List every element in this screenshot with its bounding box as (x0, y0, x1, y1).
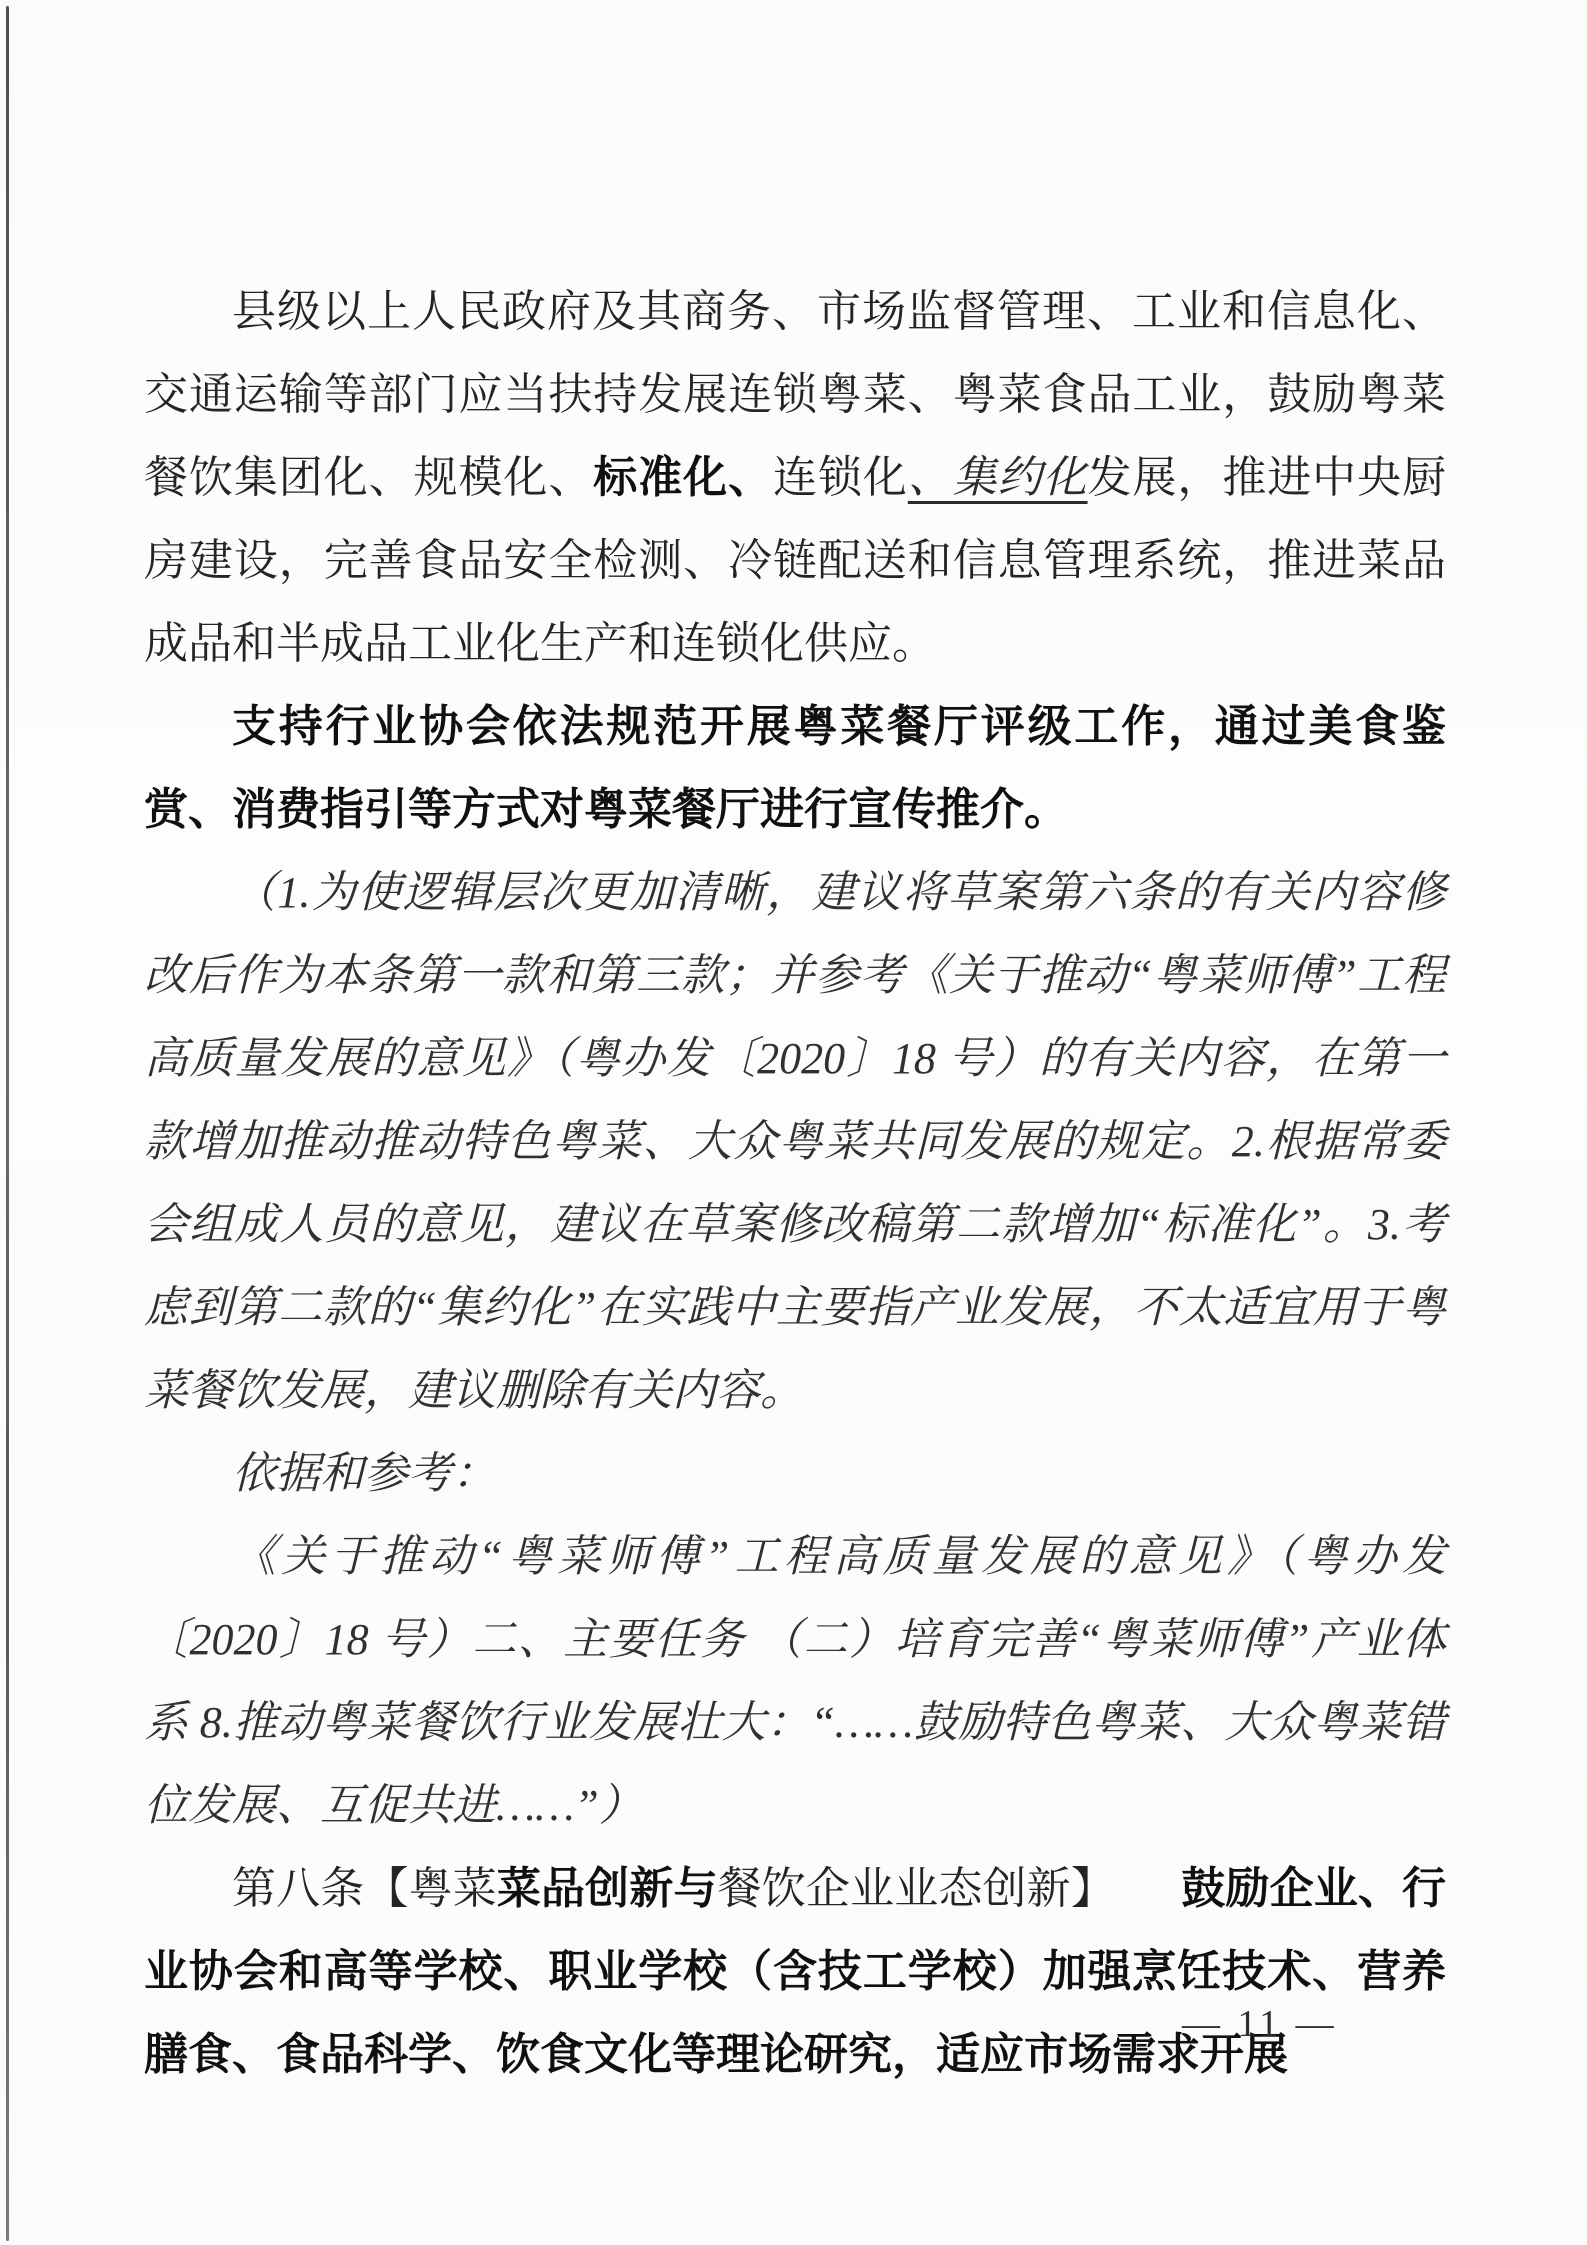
text-run-normal: 连锁化 (773, 453, 908, 502)
heading-gap-space (1093, 1864, 1181, 1913)
paragraph-industry-association-bold: 支持行业协会依法规范开展粤菜餐厅评级工作，通过美食鉴赏、消费指引等方式对粤菜餐厅… (144, 685, 1446, 851)
paragraph-revision-note: （1.为使逻辑层次更加清晰，建议将草案第六条的有关内容修改后作为本条第一款和第三… (144, 851, 1446, 1432)
text-run-underlined-deletion: 、集约化 (908, 453, 1088, 502)
document-body: 县级以上人民政府及其商务、市场监督管理、工业和信息化、交通运输等部门应当扶持发展… (144, 270, 1446, 2096)
text-run-bold-added: 标准化、 (593, 453, 773, 502)
article-heading-normal: 第八条【粤菜 (232, 1864, 497, 1913)
paragraph-cited-opinion: 《关于推动“粤菜师傅”工程高质量发展的意见》（粤办发〔2020〕18 号）二、主… (144, 1515, 1446, 1847)
paragraph-basis-reference-heading: 依据和参考： (144, 1432, 1446, 1515)
article-heading-bold-insert: 菜品创新与 (497, 1864, 718, 1913)
paragraph-county-governments: 县级以上人民政府及其商务、市场监督管理、工业和信息化、交通运输等部门应当扶持发展… (144, 270, 1446, 685)
scan-border-line (6, 6, 9, 2241)
article-heading-normal-tail: 餐饮企业业态创新】 (718, 1864, 1093, 1913)
scanned-document-page: 县级以上人民政府及其商务、市场监督管理、工业和信息化、交通运输等部门应当扶持发展… (0, 0, 1587, 2245)
page-number: — 11 — (1182, 2002, 1338, 2046)
paragraph-article-eight: 第八条【粤菜菜品创新与餐饮企业业态创新】 鼓励企业、行业协会和高等学校、职业学校… (144, 1847, 1446, 2096)
